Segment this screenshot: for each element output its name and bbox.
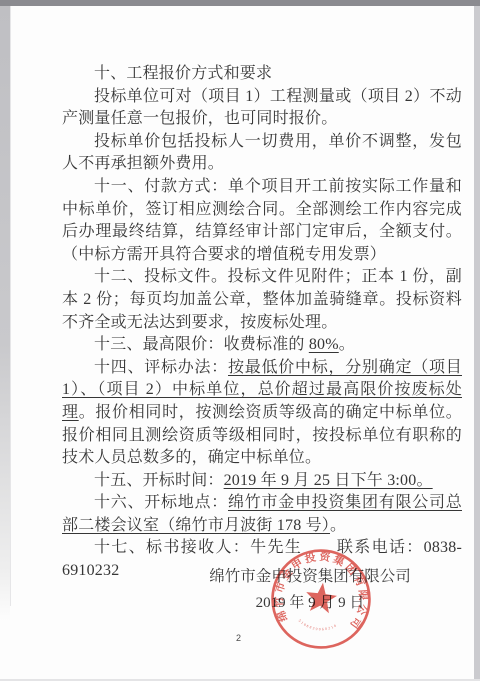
section-11-payment: 十一、付款方式：单个项目开工前按实际工作量和中标单价，签订相应测绘合同。全部测绘…: [62, 176, 462, 266]
section-10-para-1: 投标单位可对（项目 1）工程测量或（项目 2）不动产测量任意一包报价，也可同时报…: [62, 86, 462, 131]
company-seal-stamp: 绵竹市金申投资集团有限公司 5106839060216: [264, 542, 378, 656]
scan-edge-top: [0, 0, 480, 6]
section-13-price-cap: 十三、最高限价：收费标准的 80%。: [62, 334, 462, 357]
section-12-bid-documents: 十二、投标文件。投标文件见附件；正本 1 份，副本 2 份；每页均加盖公章，整体…: [62, 266, 462, 334]
scanned-page: 十、工程报价方式和要求投标单位可对（项目 1）工程测量或（项目 2）不动产测量任…: [0, 0, 480, 681]
page-number: 2: [236, 633, 241, 643]
section-14-evaluation: 十四、评标办法：按最低价中标，分别确定（项目 1）、（项目 2）中标单位，总价超…: [62, 357, 462, 470]
section-10-heading: 十、工程报价方式和要求: [62, 63, 462, 86]
section-15-opening-time: 十五、开标时间：2019 年 9 月 25 日下午 3:00。: [62, 470, 462, 493]
section-16-opening-place: 十六、开标地点：绵竹市金申投资集团有限公司总部二楼会议室（绵竹市月波街 178 …: [62, 492, 462, 537]
scan-edge-right: [474, 6, 480, 681]
section-10-para-2: 投标单价包括投标人一切费用，单价不调整，发包人不再承担额外费用。: [62, 131, 462, 176]
document-body: 十、工程报价方式和要求投标单位可对（项目 1）工程测量或（项目 2）不动产测量任…: [62, 63, 462, 583]
scan-edge-left: [0, 6, 10, 621]
paper-left-edge: [10, 6, 11, 606]
seal-code-text: 5106839060216: [297, 618, 339, 633]
seal-star-icon: [304, 581, 338, 614]
